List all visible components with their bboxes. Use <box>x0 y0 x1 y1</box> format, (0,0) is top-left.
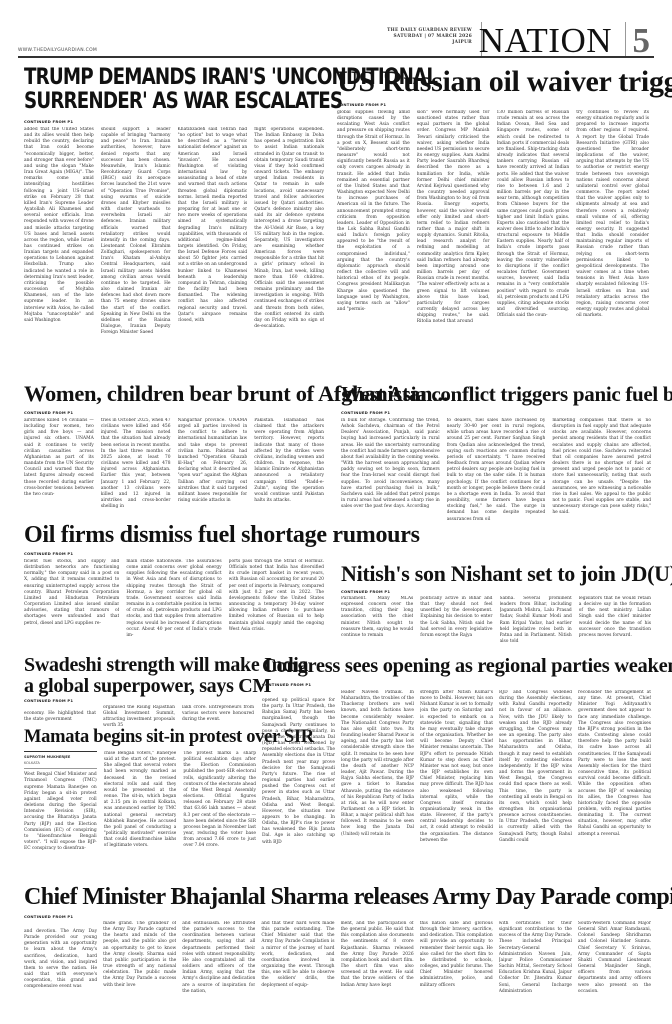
headline: Swadeshi strength will make India a glob… <box>24 655 254 697</box>
section-title: NATION <box>479 24 612 58</box>
column: should support a leader capable of bring… <box>101 127 171 369</box>
article-swadeshi: Swadeshi strength will make India a glob… <box>24 655 254 725</box>
column: SUPROTIM MUKHERJEE KOLKATA West Bengal C… <box>24 751 97 873</box>
site-url[interactable]: WWW.THEDAILYGUARDIAN.COM <box>18 48 97 53</box>
continued-label: CONTINUED FROM P1 <box>24 698 254 703</box>
divider <box>625 22 626 56</box>
column: added that the United States and its all… <box>24 127 94 369</box>
column: main stable nationwide. The assurances c… <box>126 559 221 651</box>
column: opened up political space for the party.… <box>262 690 335 874</box>
headline: Mamata begins sit-in protest over SIR <box>24 727 256 747</box>
column: ment, and the participation of the gener… <box>341 921 414 1017</box>
column: to dealers, fuel sales have increased by… <box>447 418 546 550</box>
column: with certificates for their significant … <box>499 921 572 1017</box>
continued-label: CONTINUED FROM P1 <box>341 410 651 415</box>
article-body: airstrikes killed 14 civilians — includi… <box>24 418 324 508</box>
article-body: SUPROTIM MUKHERJEE KOLKATA West Bengal C… <box>24 751 256 873</box>
column: ports pass through the Strait of Hormuz.… <box>229 559 324 651</box>
column: and devotion. The Army Day Parade provid… <box>24 921 97 1017</box>
column: South-Western Command Major General Shri… <box>578 921 651 1017</box>
headline: Congress sees opening as regional partie… <box>262 655 651 677</box>
column: Pakistan. Islamabad has claimed that the… <box>254 418 324 508</box>
article-russian-oil-waiver: US Russian oil waiver triggers... CONTIN… <box>337 66 649 366</box>
column: this nation safe and glorious through th… <box>420 921 493 1017</box>
byline: SUPROTIM MUKHERJEE <box>24 751 97 760</box>
column: try continues to review its energy situa… <box>576 110 649 366</box>
article-body: added that the United States and its all… <box>24 127 324 369</box>
article-body: opened up political space for the party.… <box>262 690 651 874</box>
article-afghanistan: Women, children bear brunt of Afghanista… <box>24 382 324 514</box>
dateline: KOLKATA <box>24 760 97 769</box>
column: strength after Nitish Kumar's move to De… <box>420 690 493 874</box>
article-body: economy. He highlighted that the state g… <box>24 705 254 727</box>
column: flight operations suspended. The Indian … <box>254 127 324 369</box>
column: marketing companies that there is no dis… <box>552 418 651 550</box>
column: 130 million barrels of Russian crude rem… <box>497 110 570 366</box>
column: politically active in Bihar and that the… <box>420 596 492 646</box>
column: airstrikes killed 14 civilians — includi… <box>24 418 94 508</box>
column: organised the Rising Rajasthan Global In… <box>103 705 175 727</box>
headline: TRUMP DEMANDS IRAN'S 'UNCONDITIONAL SURR… <box>24 66 273 114</box>
column: and enthusiasm. He attributed the parade… <box>182 921 255 1017</box>
publication-info: THE DAILY GUARDIAN REVIEW SATURDAY | 07 … <box>387 28 472 46</box>
masthead: WWW.THEDAILYGUARDIAN.COM THE DAILY GUARD… <box>18 0 654 58</box>
article-army-day-parade: Chief Minister Bhajanlal Sharma releases… <box>24 884 651 1020</box>
column: leader Naveen Patnaik. In Maharashtra, t… <box>341 690 414 874</box>
headline: Women, children bear brunt of Afghanista… <box>24 382 324 406</box>
continued-label: CONTINUED FROM P1 <box>341 589 651 594</box>
continued-label: CONTINUED FROM P1 <box>262 682 651 687</box>
headline: US Russian oil waiver triggers... <box>337 66 649 98</box>
article-trump-iran: TRUMP DEMANDS IRAN'S 'UNCONDITIONAL SURR… <box>24 66 324 366</box>
publication-city: JAIPUR <box>387 40 472 46</box>
article-congress-opening: Congress sees opening as regional partie… <box>262 655 651 877</box>
column: and that their hard work made this parad… <box>261 921 334 1017</box>
headline: Chief Minister Bhajanlal Sharma releases… <box>24 884 651 910</box>
column: Nangarhar province. UNAMA urged all part… <box>178 418 248 508</box>
column-text: West Bengal Chief Minister and Trinamool… <box>24 772 97 852</box>
continued-label: CONTINUED FROM P1 <box>24 914 651 919</box>
article-mamata-protest: Mamata begins sit-in protest over SIR SU… <box>24 727 256 877</box>
headline: West Asia conflict triggers panic fuel b… <box>341 382 651 406</box>
column: sion" were normally used for sanctioned … <box>417 110 490 366</box>
column: lakh crore. Entrepreneurs from various s… <box>182 705 254 727</box>
column: Khatibzadeh said Tehran had "no option" … <box>178 127 248 369</box>
article-body: and devotion. The Army Day Parade provid… <box>24 921 651 1017</box>
article-body: ficient fuel stocks, and supply and dist… <box>24 559 324 651</box>
column: legislators that he would retain a decis… <box>579 596 651 646</box>
column: reconsider the arrangement at any time. … <box>578 690 651 874</box>
continued-label: CONTINUED FROM P1 <box>24 410 324 415</box>
column: chise Bengali voters," Banerjee said at … <box>104 751 177 873</box>
article-nishant-jdu: Nitish's son Nishant set to join JD(U)..… <box>341 562 651 648</box>
column: economy. He highlighted that the state g… <box>24 705 96 727</box>
article-body: Parliament. Many MLAs expressed concern … <box>341 596 651 646</box>
column: global supplies flowing amid disruptions… <box>337 110 410 366</box>
column: Sabha. Several prominent leaders from Bi… <box>500 596 572 646</box>
headline-line-2: SURRENDER' AS WAR ESCALATES <box>24 90 273 114</box>
article-body: global supplies flowing amid disruptions… <box>337 110 649 366</box>
column: Parliament. Many MLAs expressed concern … <box>341 596 413 646</box>
article-oil-firms-rumours: Oil firms dismiss fuel shortage rumours … <box>24 522 324 652</box>
headline-line-1: TRUMP DEMANDS IRAN'S 'UNCONDITIONAL <box>24 66 273 90</box>
column: The protest marks a sharp political esca… <box>183 751 256 873</box>
column: made grand. The grandeur of the Army Day… <box>103 921 176 1017</box>
continued-label: CONTINUED FROM P1 <box>24 119 324 124</box>
column: tries in October 2025, when 47 civilians… <box>101 418 171 508</box>
headline-line-2: a global superpower, says CM <box>24 676 254 697</box>
continued-label: CONTINUED FROM P1 <box>24 551 324 556</box>
headline: Oil firms dismiss fuel shortage rumours <box>24 522 324 548</box>
headline: Nitish's son Nishant set to join JD(U)..… <box>341 562 651 586</box>
headline-line-1: Swadeshi strength will make India <box>24 655 254 676</box>
column: RJD and Congress widened during the Asse… <box>499 690 572 874</box>
continued-label: CONTINUED FROM P1 <box>337 102 649 107</box>
column: ficient fuel stocks, and supply and dist… <box>24 559 119 651</box>
page-number: 5 <box>633 24 651 58</box>
